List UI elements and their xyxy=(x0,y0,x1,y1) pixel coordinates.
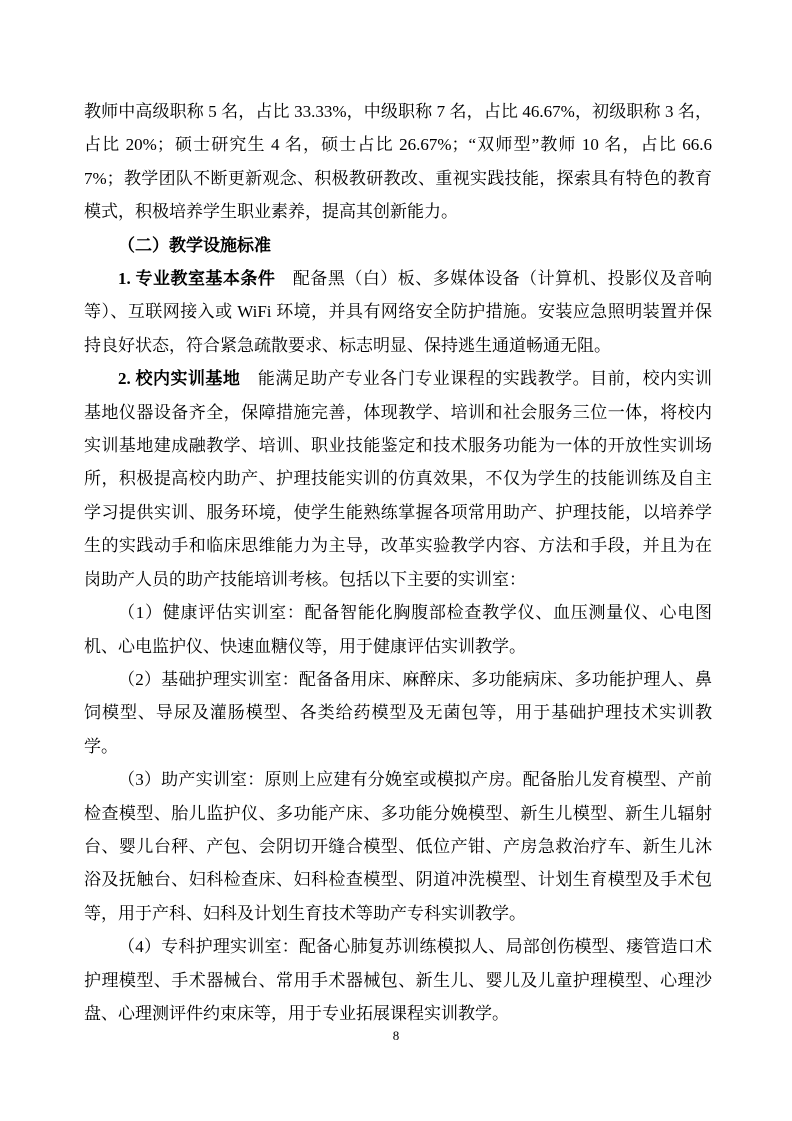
paragraph-room-3-midwifery: （3）助产实训室：原则上应建有分娩室或模拟产房。配备胎儿发育模型、产前检查模型、… xyxy=(84,763,712,930)
paragraph-room-4-specialty-nursing: （4）专科护理实训室：配备心肺复苏训练模拟人、局部创伤模型、瘘管造口术护理模型、… xyxy=(84,930,712,1030)
bold-text-run: （二）教学设施标准 xyxy=(118,236,271,255)
paragraph-teacher-stats: 教师中高级职称 5 名，占比 33.33%，中级职称 7 名，占比 46.67%… xyxy=(84,95,712,229)
text-run: （4）专科护理实训室：配备心肺复苏训练模拟人、局部创伤模型、瘘管造口术护理模型、… xyxy=(84,937,712,1023)
page-number: 8 xyxy=(0,1028,792,1044)
text-run: 能满足助产专业各门专业课程的实践教学。目前，校内实训基地仪器设备齐全，保障措施完… xyxy=(84,369,712,588)
paragraph-room-1-health-assessment: （1）健康评估实训室：配备智能化胸腹部检查教学仪、血压测量仪、心电图机、心电监护… xyxy=(84,596,712,663)
bold-text-run: 2. 校内实训基地 xyxy=(118,369,240,388)
paragraph-2-campus-training-base: 2. 校内实训基地 能满足助产专业各门专业课程的实践教学。目前，校内实训基地仪器… xyxy=(84,362,712,596)
bold-text-run: 1. 专业教室基本条件 xyxy=(118,269,275,288)
text-run: 教师中高级职称 5 名，占比 33.33%，中级职称 7 名，占比 46.67%… xyxy=(84,102,712,221)
text-run: （2）基础护理实训室：配备备用床、麻醉床、多功能病床、多功能护理人、鼻饲模型、导… xyxy=(84,670,712,756)
text-run: （1）健康评估实训室：配备智能化胸腹部检查教学仪、血压测量仪、心电图机、心电监护… xyxy=(84,603,712,655)
text-run: （3）助产实训室：原则上应建有分娩室或模拟产房。配备胎儿发育模型、产前检查模型、… xyxy=(84,770,712,923)
heading-section-2-teaching-facilities: （二）教学设施标准 xyxy=(84,229,712,262)
document-body: 教师中高级职称 5 名，占比 33.33%，中级职称 7 名，占比 46.67%… xyxy=(84,95,712,1030)
document-page: 教师中高级职称 5 名，占比 33.33%，中级职称 7 名，占比 46.67%… xyxy=(0,0,792,1121)
paragraph-1-classroom-conditions: 1. 专业教室基本条件 配备黑（白）板、多媒体设备（计算机、投影仪及音响等）、互… xyxy=(84,262,712,362)
paragraph-room-2-basic-nursing: （2）基础护理实训室：配备备用床、麻醉床、多功能病床、多功能护理人、鼻饲模型、导… xyxy=(84,663,712,763)
